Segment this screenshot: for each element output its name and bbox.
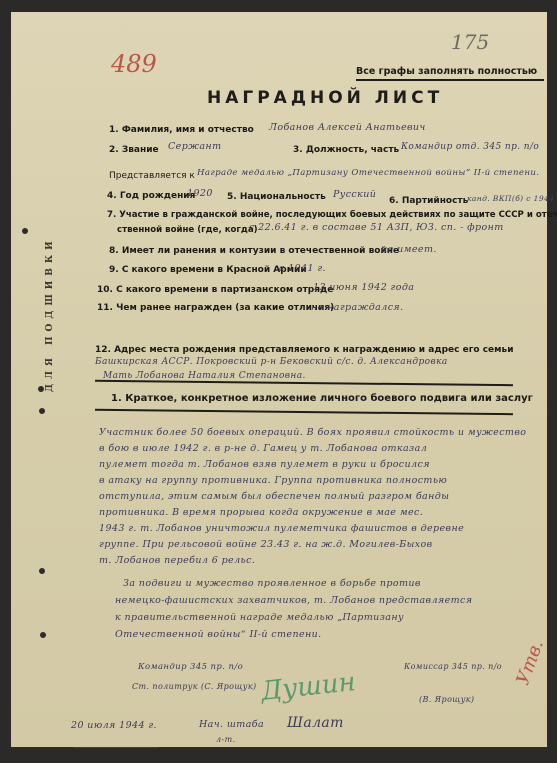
field-6-label: 6. Партийность — [389, 196, 468, 206]
commander-title: Командир 345 пр. п/о — [138, 662, 243, 672]
field-3-value: Командир отд. 345 пр. п/о — [401, 142, 539, 152]
field-9-value: с 1941 г. — [279, 263, 326, 274]
commander-name: Ст. политрук (С. Ярощук) — [132, 682, 257, 691]
section-heading: 1. Краткое, конкретное изложение личного… — [111, 393, 533, 404]
presented-value: Награде медалью „Партизану Отечественной… — [197, 168, 540, 178]
field-12-label: 12. Адрес места рождения представляемого… — [95, 345, 514, 355]
field-10-label: 10. С какого времени в партизанском отря… — [97, 285, 333, 295]
field-2-label: 2. Звание — [109, 145, 159, 155]
punch-hole — [22, 228, 28, 234]
commissar-name: (В. Ярощук) — [419, 695, 474, 704]
field-12-value-line1: Башкирская АССР. Покровский р-н Бековски… — [95, 357, 448, 367]
narrative-line: противника. В время прорыва когда окруже… — [99, 507, 423, 518]
archive-number-gray: 175 — [451, 30, 489, 54]
award-sheet-page: 489 175 Все графы заполнять полностью НА… — [11, 12, 547, 747]
narrative-line: Участник более 50 боевых операций. В боя… — [99, 427, 526, 438]
commissar-title: Комиссар 345 пр. п/о — [404, 662, 502, 671]
narrative-line: пулемет тогда т. Лобанов взяв пулемет в … — [99, 459, 430, 470]
punch-hole — [38, 386, 44, 392]
chief-of-staff-rank: л-т. — [216, 735, 236, 744]
field-5-value: Русский — [333, 189, 376, 200]
punch-hole — [39, 568, 45, 574]
narrative-line: группе. При рельсовой войне 23.43 г. на … — [99, 539, 433, 550]
narrative-line: в бою в июле 1942 г. в р-не д. Гамец у т… — [99, 443, 427, 454]
section-bottom-rule — [95, 409, 513, 415]
green-signature: Душин — [260, 667, 357, 707]
page-title: НАГРАДНОЙ ЛИСТ — [207, 88, 443, 108]
field-8-label: 8. Имеет ли ранения и контузии в отечест… — [109, 246, 399, 256]
narrative-line: Отечественной войны“ II-й степени. — [115, 629, 322, 640]
narrative-line: т. Лобанов перебил 6 рельс. — [99, 555, 255, 566]
field-3-label: 3. Должность, часть — [293, 145, 399, 155]
narrative-line: За подвиги и мужество проявленное в борь… — [123, 578, 421, 589]
field-6-value: канд. ВКП(б) с 1944 — [467, 194, 554, 203]
date-underline — [73, 747, 159, 748]
field-11-value: не награждался. — [311, 302, 404, 313]
field-4-label: 4. Год рождения — [107, 191, 195, 201]
narrative-line: 1943 г. т. Лобанов уничтожил пулеметчика… — [99, 523, 464, 534]
field-7-value: с 22.6.41 г. в составе 51 АЗП, ЮЗ. сп. -… — [249, 222, 504, 233]
narrative-line: к правительственной награде медалью „Пар… — [115, 612, 404, 623]
punch-hole — [40, 632, 46, 638]
field-7-label-line1: 7. Участие в гражданской войне, последую… — [107, 210, 557, 220]
punch-hole — [39, 408, 45, 414]
field-1-value: Лобанов Алексей Анатьевич — [269, 122, 426, 133]
field-7-label-line2: ственной войне (где, когда) — [117, 225, 258, 235]
binding-margin-label: ДЛЯ ПОДШИВКИ — [45, 236, 55, 392]
presented-label: Представляется к — [109, 171, 195, 181]
field-11-label: 11. Чем ранее награжден (за какие отличи… — [97, 303, 334, 313]
field-10-value: 13 июня 1942 года — [313, 282, 414, 293]
archive-number-red: 489 — [111, 50, 157, 78]
chief-of-staff-signature: Шалат — [287, 715, 344, 731]
instruction-text: Все графы заполнять полностью — [356, 66, 537, 77]
field-5-label: 5. Национальность — [227, 192, 326, 202]
narrative-line: в атаку на группу противника. Группа про… — [99, 475, 447, 486]
red-resolution-mark: Утв. — [512, 637, 548, 688]
field-1-label: 1. Фамилия, имя и отчество — [109, 125, 254, 135]
narrative-line: отступила, этим самым был обеспечен полн… — [99, 491, 449, 502]
chief-of-staff-title: Нач. штаба — [199, 719, 264, 730]
field-2-value: Сержант — [168, 141, 222, 152]
instruction-underline — [356, 79, 544, 81]
signing-date: 20 июля 1944 г. — [71, 720, 157, 731]
field-9-label: 9. С какого времени в Красной Армии — [109, 265, 307, 275]
field-4-value: 1920 — [187, 188, 213, 199]
narrative-line: немецко-фашистских захватчиков, т. Лобан… — [115, 595, 472, 606]
field-8-value: не имеет. — [381, 244, 437, 255]
